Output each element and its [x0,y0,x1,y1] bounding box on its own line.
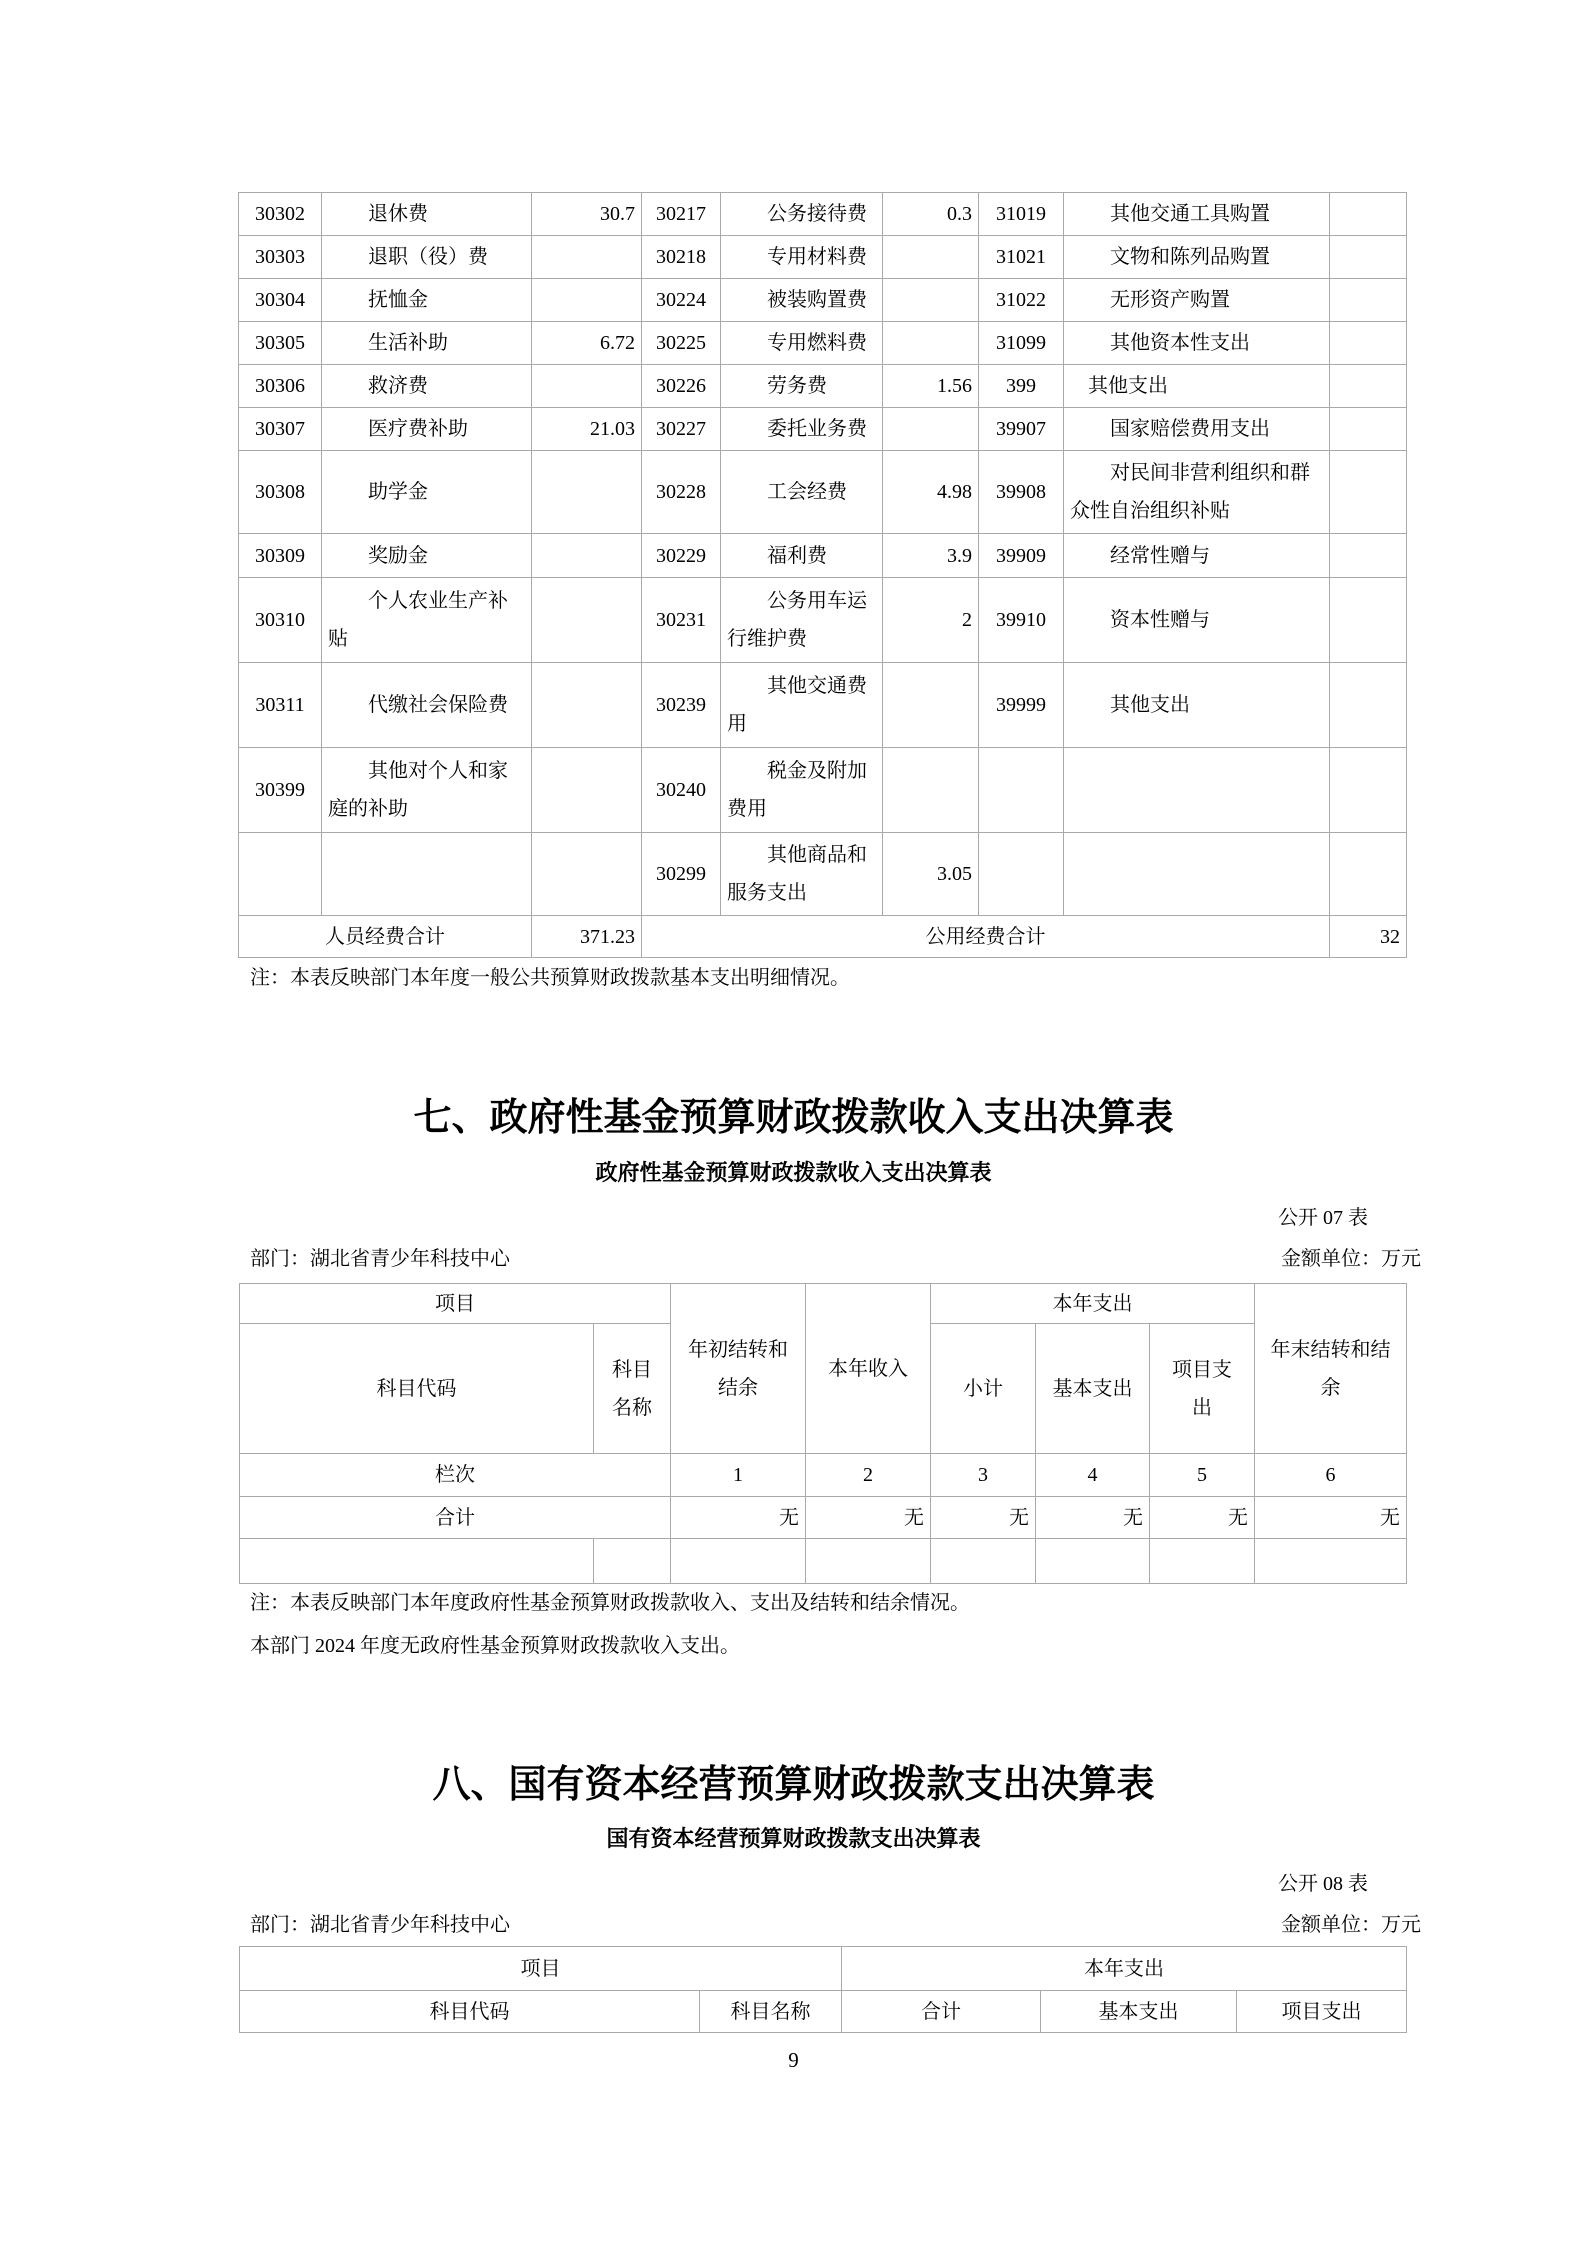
empty-cell [931,1539,1036,1584]
section8-department: 部门：湖北省青少年科技中心 [250,1911,510,1939]
subject-name-cell: 抚恤金 [322,279,532,322]
section7-table-title: 政府性基金预算财政拨款收入支出决算表 [0,1158,1587,1188]
gov-fund-budget-table: 项目 年初结转和 结余 本年收入 本年支出 年末结转和结余 科目代码 科目 名称… [239,1283,1407,1584]
amount-cell [883,279,979,322]
amount-cell [532,534,642,578]
table1-totals-row: 人员经费合计 371.23 公用经费合计 32 [239,916,1407,958]
subject-code-cell: 30309 [239,534,322,578]
amount-cell [1330,408,1407,451]
page-number: 9 [0,2048,1587,2073]
amount-cell: 2 [883,578,979,663]
amount-cell [532,748,642,833]
subject-name-cell: 其他对个人和家 庭的补助 [322,748,532,833]
amount-cell: 4.98 [883,451,979,534]
subject-code-header: 科目代码 [240,1991,700,2033]
column-index: 5 [1150,1454,1255,1497]
subject-code-cell: 30217 [642,193,721,236]
table1-row: 30302退休费30.730217公务接待费0.331019其他交通工具购置 [239,193,1407,236]
subject-code-cell [979,748,1064,833]
subject-name-cell: 生活补助 [322,322,532,365]
amount-cell: 30.7 [532,193,642,236]
table1-row: 30309奖励金30229福利费3.939909经常性赠与 [239,534,1407,578]
subject-name-cell: 医疗费补助 [322,408,532,451]
total-value: 无 [1036,1497,1150,1539]
subject-name-cell: 助学金 [322,451,532,534]
subject-name-cell: 退职（役）费 [322,236,532,279]
subject-name-cell: 专用材料费 [721,236,883,279]
subject-code-cell: 39907 [979,408,1064,451]
empty-cell [1255,1539,1407,1584]
amount-cell [1330,322,1407,365]
subject-code-cell: 39910 [979,578,1064,663]
subject-code-cell: 30399 [239,748,322,833]
section8-table-title: 国有资本经营预算财政拨款支出决算表 [0,1824,1587,1854]
subject-code-cell: 399 [979,365,1064,408]
amount-cell [532,578,642,663]
subject-name-cell: 委托业务费 [721,408,883,451]
amount-cell [1330,193,1407,236]
subject-code-cell: 31099 [979,322,1064,365]
section7-unit: 金额单位：万元 [1281,1245,1421,1273]
table1-body: 30302退休费30.730217公务接待费0.331019其他交通工具购置30… [239,193,1407,916]
amount-cell [532,663,642,748]
amount-cell: 0.3 [883,193,979,236]
amount-cell [1330,833,1407,916]
subject-name-cell: 其他资本性支出 [1064,322,1330,365]
subject-code-cell: 30308 [239,451,322,534]
total-header: 合计 [842,1991,1041,2033]
subject-code-cell: 30227 [642,408,721,451]
section7-note1: 注：本表反映部门本年度政府性基金预算财政拨款收入、支出及结转和结余情况。 [250,1589,970,1617]
subject-code-cell: 30311 [239,663,322,748]
column-index: 1 [671,1454,806,1497]
subject-name-cell [1064,833,1330,916]
subject-name-header: 科目 名称 [594,1324,671,1454]
subject-name-cell: 其他交通工具购置 [1064,193,1330,236]
year-expense-header: 本年支出 [842,1947,1407,1991]
table1-row: 30310个人农业生产补 贴30231公务用车运 行维护费239910资本性赠与 [239,578,1407,663]
basic-expenditure-detail-table: 30302退休费30.730217公务接待费0.331019其他交通工具购置30… [238,192,1407,958]
subject-code-cell: 30231 [642,578,721,663]
year-expense-header: 本年支出 [931,1284,1255,1324]
public-total-label: 公用经费合计 [642,916,1330,958]
subject-code-cell: 30302 [239,193,322,236]
section7-department: 部门：湖北省青少年科技中心 [250,1245,510,1273]
subject-code-cell [239,833,322,916]
subject-code-cell: 39999 [979,663,1064,748]
amount-cell [883,748,979,833]
column-index: 2 [806,1454,931,1497]
subject-code-cell: 30299 [642,833,721,916]
amount-cell [883,236,979,279]
table1-row: 30399其他对个人和家 庭的补助30240税金及附加 费用 [239,748,1407,833]
subject-code-cell: 31022 [979,279,1064,322]
column-index: 6 [1255,1454,1407,1497]
empty-cell [1150,1539,1255,1584]
subject-code-cell: 30228 [642,451,721,534]
total-value: 无 [806,1497,931,1539]
table1-row: 30306救济费30226劳务费1.56399其他支出 [239,365,1407,408]
amount-cell [1330,279,1407,322]
table1-row: 30305生活补助6.7230225专用燃料费31099其他资本性支出 [239,322,1407,365]
project-expense-header: 项目支 出 [1150,1324,1255,1454]
subject-code-cell: 30303 [239,236,322,279]
subject-name-cell: 专用燃料费 [721,322,883,365]
table1-row: 30311代缴社会保险费30239其他交通费 用39999其他支出 [239,663,1407,748]
empty-cell [806,1539,931,1584]
subject-name-cell: 国家赔偿费用支出 [1064,408,1330,451]
subtotal-header: 小计 [931,1324,1036,1454]
year-income-header: 本年收入 [806,1284,931,1454]
table1-row: 30307医疗费补助21.0330227委托业务费39907国家赔偿费用支出 [239,408,1407,451]
subject-code-cell: 30310 [239,578,322,663]
subject-name-cell: 退休费 [322,193,532,236]
personnel-total-label: 人员经费合计 [239,916,532,958]
table1-row: 30303退职（役）费30218专用材料费31021文物和陈列品购置 [239,236,1407,279]
amount-cell [532,833,642,916]
document-page: 30302退休费30.730217公务接待费0.331019其他交通工具购置30… [0,0,1587,2245]
subject-name-cell: 个人农业生产补 贴 [322,578,532,663]
subject-name-cell: 救济费 [322,365,532,408]
column-index: 4 [1036,1454,1150,1497]
subject-name-cell: 其他商品和 服务支出 [721,833,883,916]
subject-name-cell: 文物和陈列品购置 [1064,236,1330,279]
subject-name-cell: 代缴社会保险费 [322,663,532,748]
project-expense-header: 项目支出 [1237,1991,1407,2033]
empty-cell [594,1539,671,1584]
amount-cell: 1.56 [883,365,979,408]
amount-cell: 21.03 [532,408,642,451]
empty-cell [671,1539,806,1584]
subject-name-cell: 税金及附加 费用 [721,748,883,833]
amount-cell [1330,748,1407,833]
subject-name-cell: 对民间非营利组织和群 众性自治组织补贴 [1064,451,1330,534]
subject-name-cell: 公务接待费 [721,193,883,236]
table3-header-row2: 科目代码 科目名称 合计 基本支出 项目支出 [240,1991,1407,2033]
subject-code-cell: 30239 [642,663,721,748]
subject-code-cell: 30229 [642,534,721,578]
table2-total-row: 合计 无 无 无 无 无 无 [240,1497,1407,1539]
subject-name-cell: 奖励金 [322,534,532,578]
table2-column-index-row: 栏次 1 2 3 4 5 6 [240,1454,1407,1497]
subject-name-cell: 其他交通费 用 [721,663,883,748]
table2-header-row1: 项目 年初结转和 结余 本年收入 本年支出 年末结转和结余 [240,1284,1407,1324]
empty-cell [240,1539,594,1584]
subject-name-cell: 经常性赠与 [1064,534,1330,578]
section7-heading: 七、政府性基金预算财政拨款收入支出决算表 [0,1095,1587,1141]
table3-header-row1: 项目 本年支出 [240,1947,1407,1991]
subject-name-cell [322,833,532,916]
column-index: 3 [931,1454,1036,1497]
subject-code-cell: 30224 [642,279,721,322]
amount-cell [532,451,642,534]
amount-cell: 3.05 [883,833,979,916]
amount-cell [1330,663,1407,748]
amount-cell [532,365,642,408]
table2-empty-row [240,1539,1407,1584]
subject-code-cell: 31021 [979,236,1064,279]
amount-cell [532,236,642,279]
project-header: 项目 [240,1284,671,1324]
subject-name-cell: 劳务费 [721,365,883,408]
subject-code-cell: 31019 [979,193,1064,236]
amount-cell [1330,365,1407,408]
amount-cell [883,663,979,748]
amount-cell [1330,236,1407,279]
subject-code-cell: 30307 [239,408,322,451]
table1-row: 30299其他商品和 服务支出3.05 [239,833,1407,916]
section7-note2: 本部门 2024 年度无政府性基金预算财政拨款收入支出。 [250,1632,740,1660]
subject-name-header: 科目名称 [700,1991,842,2033]
personnel-total-value: 371.23 [532,916,642,958]
section7-table-code: 公开 07 表 [1278,1204,1368,1232]
subject-code-cell: 30226 [642,365,721,408]
total-value: 无 [1150,1497,1255,1539]
amount-cell [532,279,642,322]
state-capital-budget-table: 项目 本年支出 科目代码 科目名称 合计 基本支出 项目支出 [239,1946,1407,2033]
subject-code-header: 科目代码 [240,1324,594,1454]
subject-code-cell: 30305 [239,322,322,365]
subject-code-cell: 30225 [642,322,721,365]
project-header: 项目 [240,1947,842,1991]
total-value: 无 [671,1497,806,1539]
section8-unit: 金额单位：万元 [1281,1911,1421,1939]
total-value: 无 [931,1497,1036,1539]
amount-cell: 3.9 [883,534,979,578]
subject-name-cell: 其他支出 [1064,663,1330,748]
basic-expense-header: 基本支出 [1036,1324,1150,1454]
section8-table-code: 公开 08 表 [1278,1870,1368,1898]
basic-expense-header: 基本支出 [1041,1991,1237,2033]
subject-code-cell: 30304 [239,279,322,322]
closing-balance-header: 年末结转和结余 [1255,1284,1407,1454]
table1-note: 注：本表反映部门本年度一般公共预算财政拨款基本支出明细情况。 [250,964,850,992]
subject-name-cell: 公务用车运 行维护费 [721,578,883,663]
section8-heading: 八、国有资本经营预算财政拨款支出决算表 [0,1762,1587,1808]
subject-name-cell: 其他支出 [1064,365,1330,408]
amount-cell [1330,578,1407,663]
subject-name-cell: 被装购置费 [721,279,883,322]
subject-code-cell: 30218 [642,236,721,279]
subject-name-cell: 无形资产购置 [1064,279,1330,322]
subject-name-cell: 福利费 [721,534,883,578]
amount-cell [883,408,979,451]
amount-cell [1330,534,1407,578]
subject-name-cell: 工会经费 [721,451,883,534]
public-total-value: 32 [1330,916,1407,958]
subject-code-cell: 30240 [642,748,721,833]
table1-row: 30308助学金30228工会经费4.9839908对民间非营利组织和群 众性自… [239,451,1407,534]
subject-name-cell: 资本性赠与 [1064,578,1330,663]
table1-row: 30304抚恤金30224被装购置费31022无形资产购置 [239,279,1407,322]
subject-name-cell [1064,748,1330,833]
amount-cell [1330,451,1407,534]
amount-cell: 6.72 [532,322,642,365]
total-value: 无 [1255,1497,1407,1539]
subject-code-cell: 39908 [979,451,1064,534]
subject-code-cell: 39909 [979,534,1064,578]
empty-cell [1036,1539,1150,1584]
amount-cell [883,322,979,365]
opening-balance-header: 年初结转和 结余 [671,1284,806,1454]
column-index-label: 栏次 [240,1454,671,1497]
subject-code-cell [979,833,1064,916]
total-label: 合计 [240,1497,671,1539]
subject-code-cell: 30306 [239,365,322,408]
